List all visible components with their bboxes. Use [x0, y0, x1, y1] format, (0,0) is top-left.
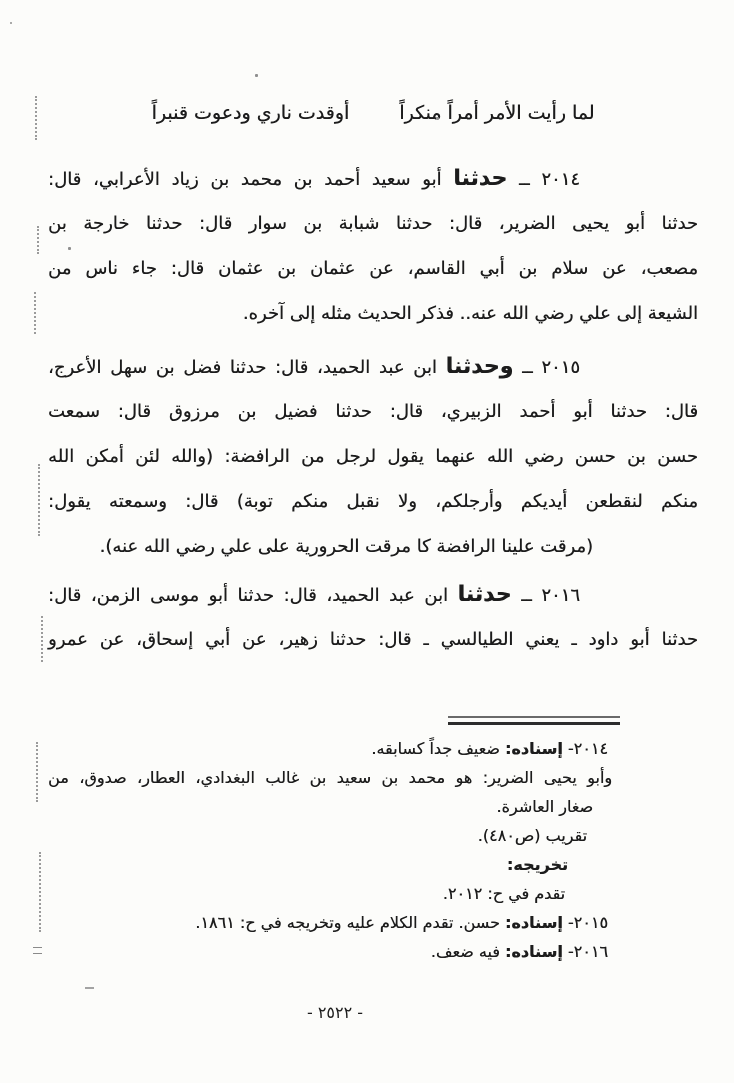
poetry-right-hemistich: لما رأيت الأمر أمراً منكراً [399, 102, 594, 124]
footnote-2014-bio-line-1: وأبو يحيى الضرير: هو محمد بن سعيد بن غال… [48, 763, 698, 792]
hadith-2016-haddathana: حدثنا [458, 582, 512, 607]
hadith-2014-line-3: مصعب، عن سلام بن أبي القاسم، عن عثمان بن… [48, 246, 698, 291]
scan-noise [37, 226, 39, 254]
footnote-2015-number: ٢٠١٥- [568, 913, 608, 932]
footnote-2016-isnad-label: إسناده: [505, 942, 563, 961]
hadith-2016-line-2: حدثنا أبو داود ـ يعني الطيالسي ـ قال: حد… [48, 617, 698, 662]
footnote-2014-taqrib-ref: تقريب (ص٤٨٠). [48, 821, 698, 850]
scan-noise [38, 464, 40, 536]
footnote-2014-takhrij-label: تخريجه: [48, 850, 698, 879]
page-content: لما رأيت الأمر أمراً منكراً أوقدت ناري و… [48, 0, 698, 1083]
hadith-2015-line-3: حسن بن حسن رضي الله عنهما يقول لرجل من ا… [48, 434, 698, 479]
hadith-2014-haddathana: حدثنا [453, 166, 507, 191]
scanned-book-page: لما رأيت الأمر أمراً منكراً أوقدت ناري و… [0, 0, 734, 1083]
hadith-2014-line-4: الشيعة إلى علي رضي الله عنه.. فذكر الحدي… [48, 291, 698, 336]
hadith-2015-haddathana: وحدثنا [446, 354, 514, 379]
scan-noise [10, 22, 12, 24]
hadith-2015-number: ٢٠١٥ ــ [522, 357, 580, 378]
footnote-2016-grade-text: فيه ضعف. [431, 942, 500, 961]
scan-noise [41, 616, 43, 662]
hadith-2016-isnad-start: ابن عبد الحميد، قال: حدثنا أبو موسى الزم… [48, 585, 448, 606]
hadith-2016-opening-line: ٢٠١٦ ــ حدثنا ابن عبد الحميد، قال: حدثنا… [48, 572, 698, 617]
page-number: - ٢٥٢٢ - [250, 1003, 420, 1029]
hadith-2015-isnad-start: ابن عبد الحميد، قال: حدثنا فضل بن سهل ال… [48, 357, 437, 378]
hadith-2014-opening-line: ٢٠١٤ ــ حدثنا أبو سعيد أحمد بن محمد بن ز… [48, 156, 698, 201]
poetry-left-hemistich: أوقدت ناري ودعوت قنبراً [152, 102, 350, 124]
hadith-2015-opening-line: ٢٠١٥ ــ وحدثنا ابن عبد الحميد، قال: حدثن… [48, 344, 698, 389]
hadith-2015-line-5: (مرقت علينا الرافضة كا مرقت الحرورية على… [48, 524, 698, 569]
footnote-2014-isnad-label: إسناده: [505, 739, 563, 758]
footnote-2014-grade-text: ضعيف جداً كسابقه. [371, 739, 500, 758]
footnote-divider [448, 716, 620, 725]
footnote-2014-bio-line-2: صغار العاشرة. [48, 792, 698, 821]
footnotes-block: ٢٠١٤- إسناده: ضعيف جداً كسابقه. وأبو يحي… [48, 734, 698, 966]
poetry-verse: لما رأيت الأمر أمراً منكراً أوقدت ناري و… [48, 90, 698, 136]
footnote-2014-number: ٢٠١٤- [568, 739, 608, 758]
hadith-2014: ٢٠١٤ ــ حدثنا أبو سعيد أحمد بن محمد بن ز… [48, 156, 698, 336]
scan-noise [33, 947, 42, 954]
scan-noise [34, 292, 36, 334]
hadith-2014-isnad-start: أبو سعيد أحمد بن محمد بن زياد الأعرابي، … [48, 169, 441, 190]
footnote-2015-isnad-label: إسناده: [505, 913, 563, 932]
hadith-2015-line-2: قال: حدثنا أبو أحمد الزبيري، قال: حدثنا … [48, 389, 698, 434]
footnote-2016-number: ٢٠١٦- [568, 942, 608, 961]
scan-noise [35, 96, 37, 140]
scan-noise [36, 742, 38, 802]
hadith-2016-number: ٢٠١٦ ــ [521, 585, 580, 606]
hadith-2014-number: ٢٠١٤ ــ [519, 169, 580, 190]
hadith-2015-line-4: منكم لنقطعن أيديكم وأرجلكم، ولا نقبل منك… [48, 479, 698, 524]
footnote-2014-takhrij-text: تقدم في ح: ٢٠١٢. [48, 879, 698, 908]
footnote-2016-grade: ٢٠١٦- إسناده: فيه ضعف. [48, 937, 698, 966]
scan-noise [39, 852, 41, 932]
footnote-2015-grade: ٢٠١٥- إسناده: حسن. تقدم الكلام عليه وتخر… [48, 908, 698, 937]
hadith-2016: ٢٠١٦ ــ حدثنا ابن عبد الحميد، قال: حدثنا… [48, 572, 698, 662]
hadith-2014-line-2: حدثنا أبو يحيى الضرير، قال: حدثنا شبابة … [48, 201, 698, 246]
footnote-2014-grade: ٢٠١٤- إسناده: ضعيف جداً كسابقه. [48, 734, 698, 763]
takhrij-label: تخريجه: [507, 855, 568, 874]
footnote-2015-grade-text: حسن. تقدم الكلام عليه وتخريجه في ح: ١٨٦١… [195, 913, 500, 932]
hadith-2015: ٢٠١٥ ــ وحدثنا ابن عبد الحميد، قال: حدثن… [48, 344, 698, 569]
